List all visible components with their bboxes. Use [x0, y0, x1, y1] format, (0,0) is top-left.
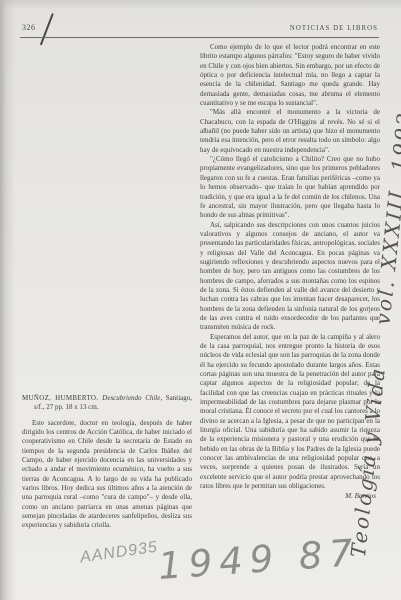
margin-gap	[385, 325, 389, 367]
header-rule	[20, 37, 379, 38]
left-column: MUÑOZ, HUMBERTO. Descubriendo Chile, San…	[22, 394, 192, 531]
page-number: 326	[22, 23, 36, 32]
scan-top-shadow	[0, 0, 401, 10]
review-paragraph: "Más allá encontré el monumento a la vic…	[200, 108, 380, 155]
review-paragraph: "¿Cómo llegó el catolicismo a Chilito? C…	[200, 155, 380, 220]
entry-author: MUÑOZ, HUMBERTO.	[22, 394, 102, 402]
scan-left-shadow	[0, 0, 16, 600]
entry-book-title: Descubriendo Chile,	[102, 394, 165, 402]
running-header: NOTICIAS DE LIBROS	[290, 25, 378, 32]
review-paragraph: Este sacerdote, doctor en teología, desp…	[22, 419, 192, 531]
catalog-number-handwriting: 1949 87	[157, 531, 362, 588]
review-paragraph: Esperamos del autor, que en la paz de la…	[200, 333, 380, 492]
review-paragraph: Así, salpicando sus descripciones con un…	[200, 221, 380, 333]
review-paragraph: Como ejemplo de lo que el lector podrá e…	[200, 43, 380, 108]
accession-number-handwriting: AAND935	[79, 539, 159, 568]
pen-stroke-mark	[40, 13, 54, 45]
entry-citation: MUÑOZ, HUMBERTO. Descubriendo Chile, San…	[22, 394, 192, 413]
right-column: Como ejemplo de lo que el lector podrá e…	[200, 43, 380, 501]
